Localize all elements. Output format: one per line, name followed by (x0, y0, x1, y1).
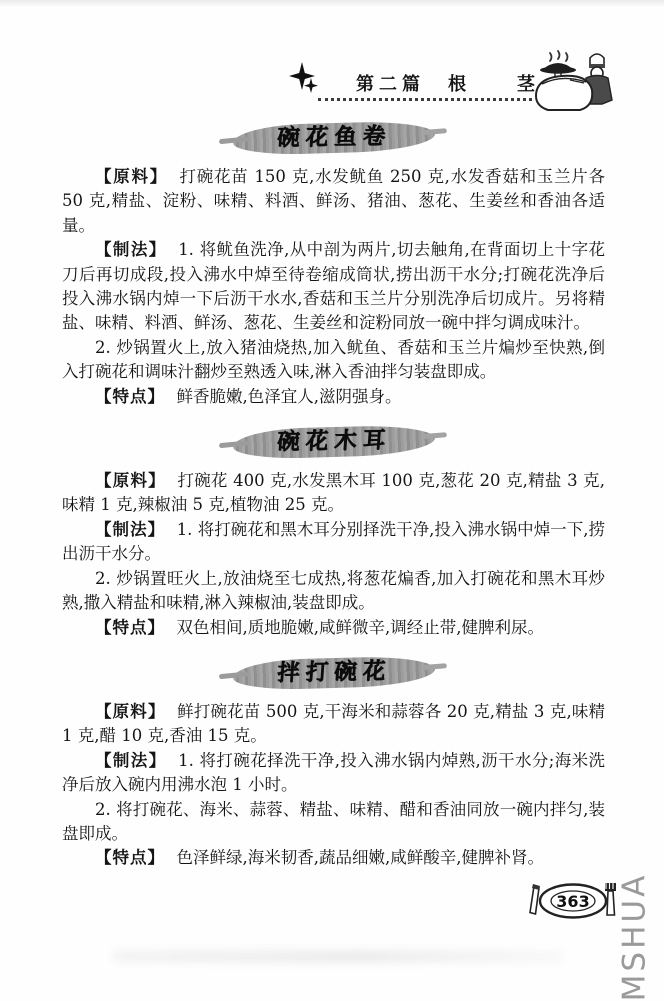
method-step-paragraph: 2. 炒锅置旺火上,放油烧至七成热,将葱花煸香,加入打碗花和黑木耳炒熟,撒入精盐… (62, 567, 605, 616)
method-paragraph: 【制法】1. 将打碗花择洗干净,投入沸水锅内焯熟,沥干水分;海米洗净后放入碗内用… (62, 749, 605, 798)
recipe-title: 碗花木耳 (231, 422, 436, 461)
features-text: 鲜香脆嫩,色泽宜人,滋阴强身。 (177, 387, 402, 406)
chef-cooking-icon (530, 50, 624, 114)
watermark-text: MSHUA (616, 873, 652, 1001)
recipe-title-banner: 碗花木耳 (233, 424, 435, 460)
features-text: 色泽鲜绿,海米韧香,蔬品细嫩,咸鲜酸辛,健脾补肾。 (177, 848, 544, 867)
features-text: 双色相间,质地脆嫩,咸鲜微辛,调经止带,健脾利尿。 (177, 618, 544, 637)
method-paragraph: 【制法】1. 将打碗花和黑木耳分别择洗干净,投入沸水锅中焯一下,捞出沥干水分。 (62, 518, 605, 567)
method-paragraph: 【制法】1. 将鱿鱼洗净,从中剖为两片,切去触角,在背面切上十字花刀后再切成段,… (62, 238, 605, 336)
features-label: 【特点】 (95, 387, 165, 406)
bleed-through-shadow (112, 950, 564, 963)
method-step-text: 2. 炒锅置旺火上,放油烧至七成热,将葱花煸香,加入打碗花和黑木耳炒熟,撒入精盐… (62, 569, 605, 612)
recipe-title: 碗花鱼卷 (231, 118, 436, 157)
watermark: MSHUA (604, 872, 664, 1001)
page-number: 363 (556, 892, 589, 911)
recipe-title-banner: 碗花鱼卷 (233, 120, 435, 156)
method-label: 【制法】 (95, 751, 167, 770)
book-page: 第二篇 根 茎 碗花鱼卷 【原料】打碗花苗 150 克,水 (0, 0, 664, 1001)
ingredients-label: 【原料】 (95, 167, 168, 186)
method-step-paragraph: 2. 炒锅置火上,放入猪油烧热,加入鱿鱼、香菇和玉兰片煸炒至快熟,倒入打碗花和调… (62, 336, 605, 385)
features-paragraph: 【特点】色泽鲜绿,海米韧香,蔬品细嫩,咸鲜酸辛,健脾补肾。 (62, 846, 605, 870)
recipe-title: 拌打碗花 (231, 653, 436, 692)
method-step-text: 2. 将打碗花、海米、蒜蓉、精盐、味精、醋和香油同放一碗内拌匀,装盘即成。 (62, 800, 605, 843)
ingredients-label: 【原料】 (95, 702, 166, 721)
knife-icon (530, 886, 539, 914)
features-label: 【特点】 (95, 848, 165, 867)
features-paragraph: 【特点】鲜香脆嫩,色泽宜人,滋阴强身。 (62, 385, 605, 409)
page-content: 碗花鱼卷 【原料】打碗花苗 150 克,水发鱿鱼 250 克,水发香菇和玉兰片各… (62, 116, 605, 871)
method-step-paragraph: 2. 将打碗花、海米、蒜蓉、精盐、味精、醋和香油同放一碗内拌匀,装盘即成。 (62, 798, 605, 847)
features-label: 【特点】 (95, 618, 165, 637)
ingredients-paragraph: 【原料】打碗花 400 克,水发黑木耳 100 克,葱花 20 克,精盐 3 克… (62, 469, 605, 518)
method-label: 【制法】 (95, 240, 167, 259)
ingredients-paragraph: 【原料】鲜打碗花苗 500 克,干海米和蒜蓉各 20 克,精盐 3 克,味精 1… (62, 700, 605, 749)
ingredients-label: 【原料】 (95, 471, 166, 490)
features-paragraph: 【特点】双色相间,质地脆嫩,咸鲜微辛,调经止带,健脾利尿。 (62, 616, 605, 640)
ingredients-paragraph: 【原料】打碗花苗 150 克,水发鱿鱼 250 克,水发香菇和玉兰片各 50 克… (62, 165, 605, 238)
page-header: 第二篇 根 茎 (0, 0, 664, 120)
dotted-rule (318, 84, 532, 101)
method-step-text: 2. 炒锅置火上,放入猪油烧热,加入鱿鱼、香菇和玉兰片煸炒至快熟,倒入打碗花和调… (62, 338, 605, 381)
method-label: 【制法】 (95, 520, 165, 539)
recipe-title-banner: 拌打碗花 (233, 655, 435, 691)
